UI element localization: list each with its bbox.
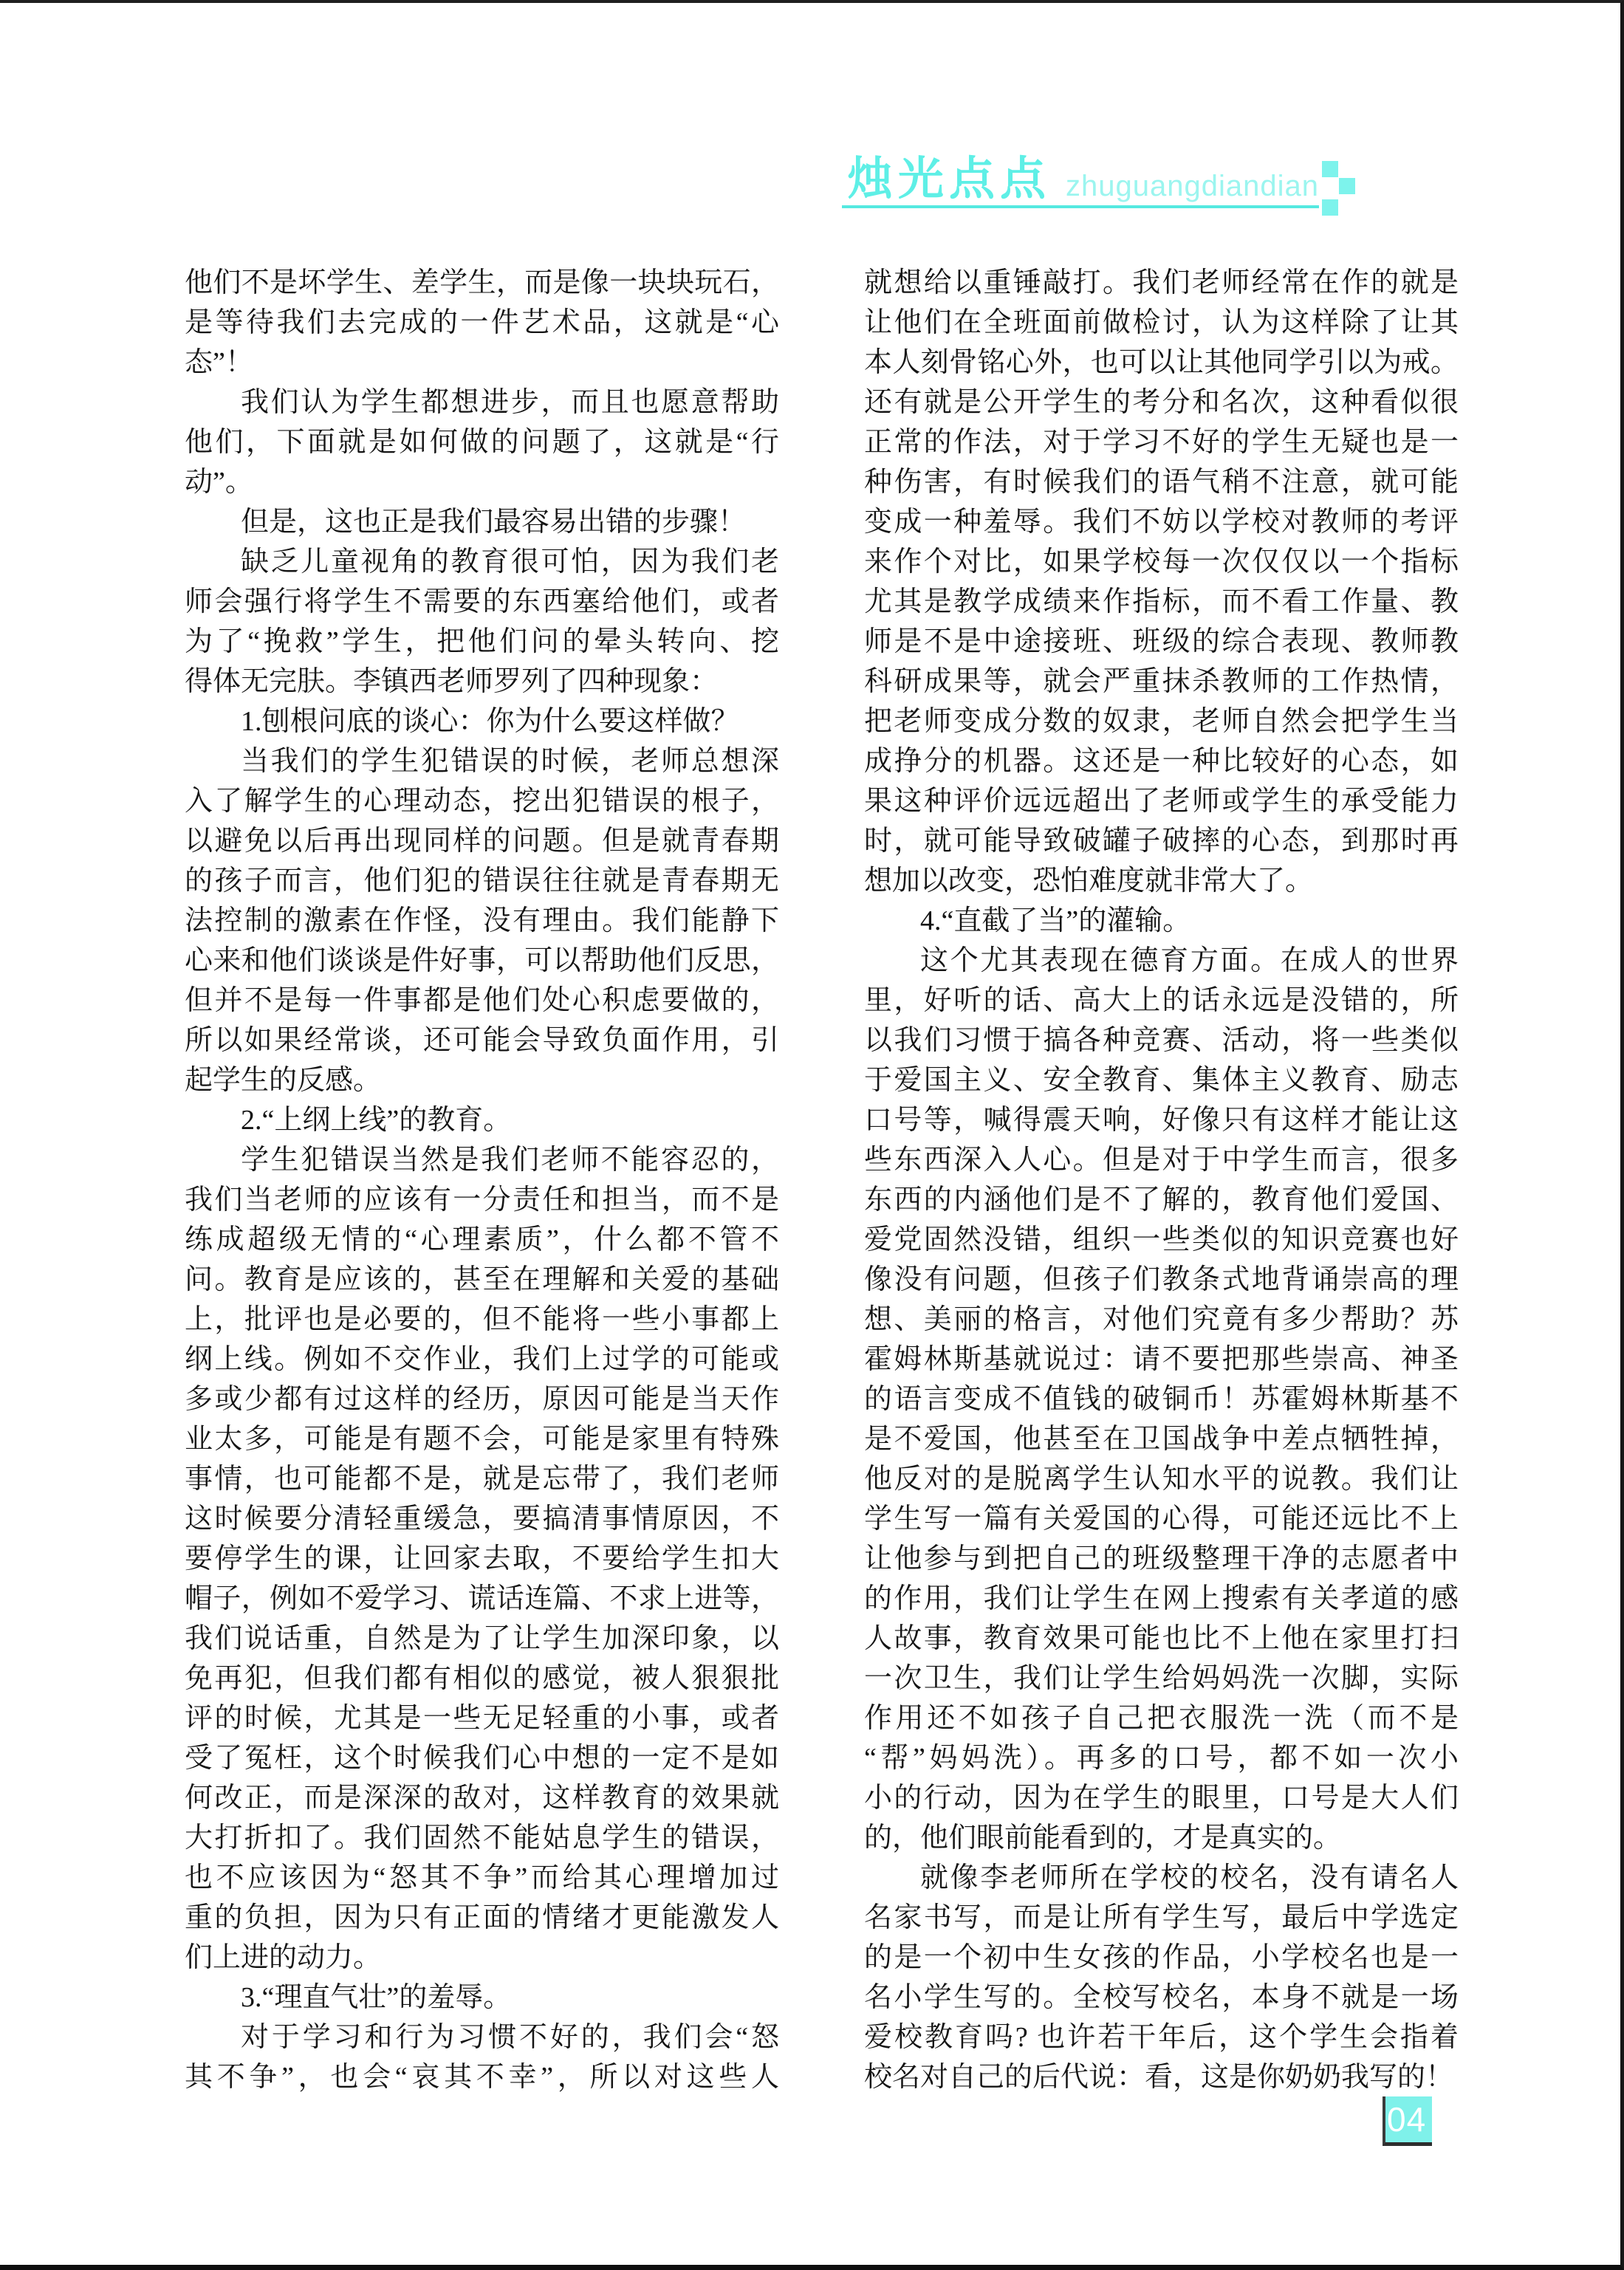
text-line: 大打折扣了。我们固然不能姑息学生的错误， <box>185 1818 779 1858</box>
text-line: 像没有问题，但孩子们教条式地背诵崇高的理 <box>864 1260 1459 1300</box>
text-line: 小的行动，因为在学生的眼里，口号是大人们 <box>864 1778 1459 1818</box>
text-column-right: 就想给以重锤敲打。我们老师经常在作的就是让他们在全班面前做检讨，认为这样除了让其… <box>864 263 1459 2097</box>
text-line: 变成一种羞辱。我们不妨以学校对教师的考评 <box>864 502 1459 542</box>
text-line: 就像李老师所在学校的校名，没有请名人 <box>864 1858 1459 1898</box>
text-line: 我们当老师的应该有一分责任和担当，而不是 <box>185 1180 779 1220</box>
text-line: 们上进的动力。 <box>185 1938 779 1978</box>
text-line: 起学生的反感。 <box>185 1060 779 1100</box>
text-line: 3.“理直气壮”的羞辱。 <box>185 1978 779 2017</box>
text-line: 得体无完肤。李镇西老师罗列了四种现象： <box>185 662 779 702</box>
text-line: 爱党固然没错，组织一些类似的知识竞赛也好 <box>864 1220 1459 1260</box>
magazine-page: 烛光点点 zhuguangdiandian 他们不是坏学生、差学生，而是像一块块… <box>0 0 1624 2270</box>
text-line: 名小学生写的。全校写校名，本身不就是一场 <box>864 1978 1459 2017</box>
text-line: 其不争”，也会“哀其不幸”，所以对这些人 <box>185 2057 779 2097</box>
text-line: 所以如果经常谈，还可能会导致负面作用，引 <box>185 1021 779 1060</box>
text-line: 一次卫生，我们让学生给妈妈洗一次脚，实际 <box>864 1659 1459 1698</box>
text-line: 法控制的激素在作怪，没有理由。我们能静下 <box>185 901 779 941</box>
text-line: 把老师变成分数的奴隶，老师自然会把学生当 <box>864 702 1459 741</box>
text-line: 的作用，我们让学生在网上搜索有关孝道的感 <box>864 1579 1459 1619</box>
text-line: 以避免以后再出现同样的问题。但是就青春期 <box>185 821 779 861</box>
text-line: 纲上线。例如不交作业，我们上过学的可能或 <box>185 1340 779 1379</box>
text-line: 免再犯，但我们都有相似的感觉，被人狠狠批 <box>185 1659 779 1698</box>
text-line: 还有就是公开学生的考分和名次，这种看似很 <box>864 383 1459 422</box>
text-line: 也不应该因为“怒其不争”而给其心理增加过 <box>185 1858 779 1898</box>
text-line: 这个尤其表现在德育方面。在成人的世界 <box>864 941 1459 981</box>
text-line: 霍姆林斯基就说过：请不要把那些崇高、神圣 <box>864 1340 1459 1379</box>
deco-square <box>1322 161 1338 177</box>
page-number-badge: 04 <box>1383 2096 1432 2146</box>
text-line: 来作个对比，如果学校每一次仅仅以一个指标 <box>864 542 1459 582</box>
deco-square <box>1322 199 1338 216</box>
text-line: 多或少都有过这样的经历，原因可能是当天作 <box>185 1379 779 1419</box>
text-line: 里，好听的话、高大上的话永远是没错的，所 <box>864 981 1459 1021</box>
text-line: 这时候要分清轻重缓急，要搞清事情原因，不 <box>185 1499 779 1539</box>
section-subtitle-pinyin: zhuguangdiandian <box>1066 170 1319 202</box>
text-line: 业太多，可能是有题不会，可能是家里有特殊 <box>185 1419 779 1459</box>
text-line: 但并不是每一件事都是他们处心积虑要做的， <box>185 981 779 1021</box>
text-line: 何改正，而是深深的敌对，这样教育的效果就 <box>185 1778 779 1818</box>
text-line: 对于学习和行为习惯不好的，我们会“怒 <box>185 2017 779 2057</box>
text-line: 种伤害，有时候我们的语气稍不注意，就可能 <box>864 462 1459 502</box>
text-line: 是不爱国，他甚至在卫国战争中差点牺牲掉， <box>864 1419 1459 1459</box>
text-line: 人故事，教育效果可能也比不上他在家里打扫 <box>864 1619 1459 1659</box>
text-line: 师是不是中途接班、班级的综合表现、教师教 <box>864 622 1459 662</box>
text-line: 让他参与到把自己的班级整理干净的志愿者中 <box>864 1539 1459 1579</box>
text-line: 的语言变成不值钱的破铜币！苏霍姆林斯基不 <box>864 1379 1459 1419</box>
text-line: 些东西深入人心。但是对于中学生而言，很多 <box>864 1140 1459 1180</box>
text-line: 的孩子而言，他们犯的错误往往就是青春期无 <box>185 861 779 901</box>
text-line: 上，批评也是必要的，但不能将一些小事都上 <box>185 1300 779 1340</box>
text-line: 动”。 <box>185 462 779 502</box>
text-line: 就想给以重锤敲打。我们老师经常在作的就是 <box>864 263 1459 303</box>
deco-squares-icon <box>1322 161 1356 216</box>
text-line: 但是，这也正是我们最容易出错的步骤！ <box>185 502 779 542</box>
text-line: 想加以改变，恐怕难度就非常大了。 <box>864 861 1459 901</box>
text-line: 他们不是坏学生、差学生，而是像一块块玩石， <box>185 263 779 303</box>
text-line: 口号等，喊得震天响，好像只有这样才能让这 <box>864 1100 1459 1140</box>
text-line: 他们，下面就是如何做的问题了，这就是“行 <box>185 422 779 462</box>
text-line: 我们认为学生都想进步，而且也愿意帮助 <box>185 383 779 422</box>
text-line: 爱校教育吗? 也许若干年后，这个学生会指着 <box>864 2017 1459 2057</box>
text-line: 名家书写，而是让所有学生写，最后中学选定 <box>864 1898 1459 1938</box>
text-line: 他反对的是脱离学生认知水平的说教。我们让 <box>864 1459 1459 1499</box>
text-line: 正常的作法，对于学习不好的学生无疑也是一 <box>864 422 1459 462</box>
page-number: 04 <box>1385 2099 1426 2139</box>
text-line: 东西的内涵他们是不了解的，教育他们爱国、 <box>864 1180 1459 1220</box>
text-line: 问。教育是应该的，甚至在理解和关爱的基础 <box>185 1260 779 1300</box>
text-line: 校名对自己的后代说：看，这是你奶奶我写的！ <box>864 2057 1459 2097</box>
deco-square <box>1339 178 1355 194</box>
text-line: 学生犯错误当然是我们老师不能容忍的， <box>185 1140 779 1180</box>
text-line: 要停学生的课，让回家去取，不要给学生扣大 <box>185 1539 779 1579</box>
text-line: 本人刻骨铭心外，也可以让其他同学引以为戒。 <box>864 343 1459 383</box>
section-title: 烛光点点 <box>847 157 1051 202</box>
text-line: 师会强行将学生不需要的东西塞给他们，或者 <box>185 582 779 622</box>
text-line: 4.“直截了当”的灌输。 <box>864 901 1459 941</box>
text-line: 作用还不如孩子自己把衣服洗一洗（而不是 <box>864 1698 1459 1738</box>
text-line: “帮”妈妈洗）。再多的口号，都不如一次小 <box>864 1738 1459 1778</box>
text-line: 缺乏儿童视角的教育很可怕，因为我们老 <box>185 542 779 582</box>
text-line: 成挣分的机器。这还是一种比较好的心态，如 <box>864 741 1459 781</box>
text-line: 当我们的学生犯错误的时候，老师总想深 <box>185 741 779 781</box>
text-line: 心来和他们谈谈是件好事，可以帮助他们反思， <box>185 941 779 981</box>
text-line: 的，他们眼前能看到的，才是真实的。 <box>864 1818 1459 1858</box>
text-line: 重的负担，因为只有正面的情绪才更能激发人 <box>185 1898 779 1938</box>
text-line: 1.刨根问底的谈心：你为什么要这样做？ <box>185 702 779 741</box>
text-line: 科研成果等，就会严重抹杀教师的工作热情， <box>864 662 1459 702</box>
text-line: 于爱国主义、安全教育、集体主义教育、励志 <box>864 1060 1459 1100</box>
text-line: 帽子，例如不爱学习、谎话连篇、不求上进等， <box>185 1579 779 1619</box>
text-line: 学生写一篇有关爱国的心得，可能还远比不上 <box>864 1499 1459 1539</box>
text-line: 入了解学生的心理动态，挖出犯错误的根子， <box>185 781 779 821</box>
text-line: 态”！ <box>185 343 779 383</box>
text-line: 以我们习惯于搞各种竞赛、活动，将一些类似 <box>864 1021 1459 1060</box>
text-line: 评的时候，尤其是一些无足轻重的小事，或者 <box>185 1698 779 1738</box>
text-line: 2.“上纲上线”的教育。 <box>185 1100 779 1140</box>
text-line: 想、美丽的格言，对他们究竟有多少帮助？苏 <box>864 1300 1459 1340</box>
section-header: 烛光点点 zhuguangdiandian <box>842 157 1319 208</box>
text-line: 我们说话重，自然是为了让学生加深印象，以 <box>185 1619 779 1659</box>
text-line: 是等待我们去完成的一件艺术品，这就是“心 <box>185 303 779 343</box>
text-line: 的是一个初中生女孩的作品，小学校名也是一 <box>864 1938 1459 1978</box>
text-line: 时，就可能导致破罐子破摔的心态，到那时再 <box>864 821 1459 861</box>
text-line: 为了“挽救”学生，把他们问的晕头转向、挖 <box>185 622 779 662</box>
text-line: 让他们在全班面前做检讨，认为这样除了让其 <box>864 303 1459 343</box>
text-line: 尤其是教学成绩来作指标，而不看工作量、教 <box>864 582 1459 622</box>
text-line: 练成超级无情的“心理素质”，什么都不管不 <box>185 1220 779 1260</box>
text-line: 受了冤枉，这个时候我们心中想的一定不是如 <box>185 1738 779 1778</box>
text-line: 事情，也可能都不是，就是忘带了，我们老师 <box>185 1459 779 1499</box>
text-line: 果这种评价远远超出了老师或学生的承受能力 <box>864 781 1459 821</box>
text-column-left: 他们不是坏学生、差学生，而是像一块块玩石，是等待我们去完成的一件艺术品，这就是“… <box>185 263 779 2097</box>
